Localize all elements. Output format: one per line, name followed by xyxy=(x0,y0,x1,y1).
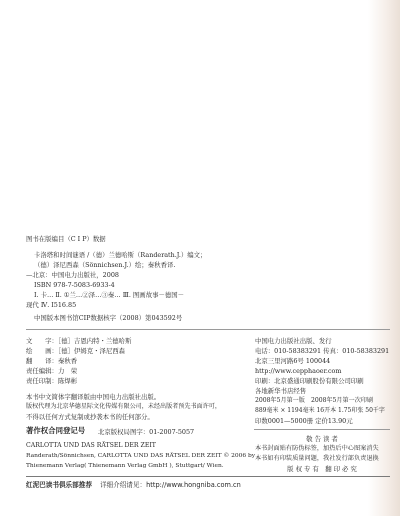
cip-record-number: 中国版本图书馆CIP数据核字（2008）第043592号 xyxy=(34,314,182,322)
cip-heading: 图书在版编目（C I P）数据 xyxy=(26,235,106,243)
divider xyxy=(26,329,390,330)
format-line: 889毫米 × 1194毫米 16开本 1.75印张 50千字 xyxy=(255,407,385,415)
edition-line: 2008年5月第一版 2008年5月第一次印刷 xyxy=(255,397,373,405)
credit-value: 陈焊彬 xyxy=(58,377,77,385)
rights-line: 本书中文简体字翻译版由中国电力出版社出版。 xyxy=(26,393,160,401)
original-copyright-line: Randerath/Sönnichsen, CARLOTTA UND DAS R… xyxy=(26,452,255,460)
publisher-line: 中国电力出版社出版、发行 xyxy=(255,337,332,345)
credit-row: 文 字：［德］吉恩内特・兰德哈斯 xyxy=(26,337,131,345)
reader-notice-heading: 敬 告 读 者 xyxy=(254,435,390,443)
distributor-line: 各地新华书店经售 xyxy=(255,387,306,395)
divider xyxy=(254,429,390,430)
cip-isbn: ISBN 978-7-5083-6933-4 xyxy=(34,281,115,289)
credit-value: 秦秋香 xyxy=(58,357,77,365)
credit-label: 责任编辑： xyxy=(26,367,58,375)
copyright-registration-value: 北京版权局图字：01-2007-5057 xyxy=(98,428,194,436)
print-run-price: 印数0001—5000册 定价13.90元 xyxy=(255,417,353,425)
credit-label: 绘 画： xyxy=(26,347,58,355)
credit-row: 责任印制：陈焊彬 xyxy=(26,377,77,385)
publisher-address: 北京三里河路6号 100044 xyxy=(255,357,330,365)
reader-notice-line: 本书封面贴有防伪标签，加热后中心图案消失 xyxy=(255,445,379,453)
cip-line: 卡洛塔和时间谜语 /（德）兰德哈斯（Randerath.J.）编文； xyxy=(34,251,206,259)
publisher-phone: 电话：010-58383291 传真：010-58383291 xyxy=(255,347,389,355)
cip-line: （德）泽尼西森（Sönnichsen.J.）绘；秦秋香译. xyxy=(34,261,175,269)
credit-row: 绘 画：［德］伊姆克・泽尼西森 xyxy=(26,347,125,355)
copyright-registration-label: 著作权合同登记号 xyxy=(26,427,85,435)
reader-notice-line: 本书如有印装质量问题，我社发行部负责退换 xyxy=(255,455,379,463)
cip-line: 现代 Ⅳ. I516.85 xyxy=(26,301,76,309)
publisher-website: http://www.cepphaoer.com xyxy=(255,367,341,375)
printer-line: 印刷：北京盛通印刷股份有限公司印刷 xyxy=(255,377,364,385)
credit-label: 文 字： xyxy=(26,337,58,345)
reader-notice-footer: 版 权 专 有 翻 印 必 究 xyxy=(254,465,390,473)
original-title: CARLOTTA UND DAS RÄTSEL DER ZEIT xyxy=(26,442,156,450)
credit-value: 力 荣 xyxy=(58,367,77,375)
credit-label: 翻 译： xyxy=(26,357,58,365)
cip-line: Ⅰ. 卡… Ⅱ. ①兰…②泽…③秦… Ⅲ. 图画故事－德国－ xyxy=(34,291,184,299)
credit-value: ［德］伊姆克・泽尼西森 xyxy=(58,347,125,355)
cip-line: —北京：中国电力出版社，2008 xyxy=(26,271,119,279)
credit-label: 责任印制： xyxy=(26,377,58,385)
footer-line: 红泥巴读书俱乐部推荐详细介绍请见：http://www.hongniba.com… xyxy=(26,481,241,489)
original-copyright-line: Thienemann Verlag( Thienemann Verlag Gmb… xyxy=(26,462,224,470)
credit-row: 翻 译：秦秋香 xyxy=(26,357,77,365)
rights-line: 版权代理为北京华德星际文化传媒有限公司，未经出版者预先书面许可， xyxy=(26,403,221,411)
rights-line: 不得以任何方式复制或抄袭本书的任何部分。 xyxy=(26,413,154,421)
divider xyxy=(26,476,390,477)
club-url[interactable]: http://www.hongniba.com.cn xyxy=(146,481,241,489)
club-recommendation: 红泥巴读书俱乐部推荐 xyxy=(26,481,92,489)
credit-value: ［德］吉恩内特・兰德哈斯 xyxy=(58,337,132,345)
credit-row: 责任编辑：力 荣 xyxy=(26,367,77,375)
details-label: 详细介绍请见： xyxy=(100,481,146,489)
